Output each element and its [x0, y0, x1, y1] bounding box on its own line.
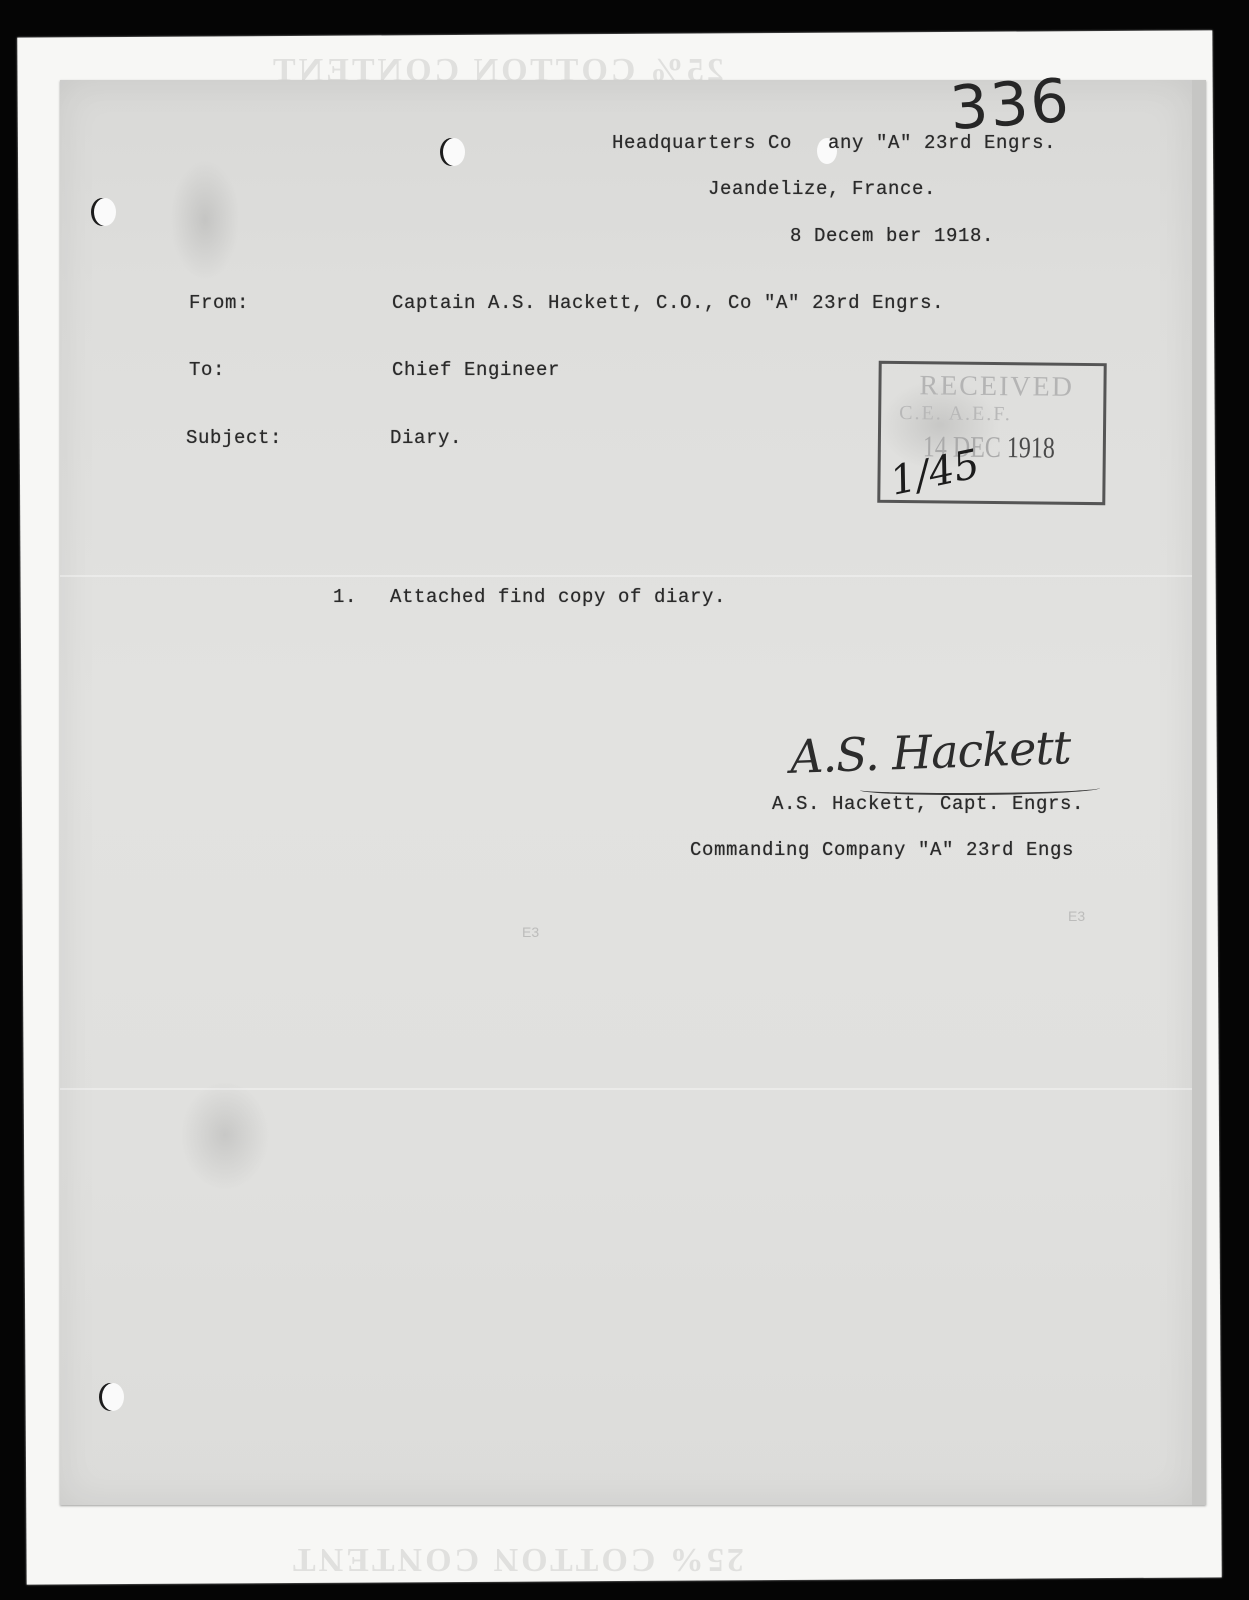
- header-location: Jeandelize, France.: [708, 178, 936, 200]
- punch-hole-icon: [102, 1383, 124, 1411]
- bleed-through-watermark-bottom: 25% COTTON CONTENT: [290, 1540, 744, 1578]
- body-item-text: Attached find copy of diary.: [390, 586, 726, 608]
- faint-mark: E3: [1068, 908, 1085, 924]
- paper-stain: [170, 160, 240, 280]
- body-item-number: 1.: [333, 586, 357, 608]
- to-value: Chief Engineer: [392, 359, 560, 381]
- paper-fold: [60, 575, 1192, 577]
- header-unit: Headquarters Co any "A" 23rd Engrs.: [612, 132, 1056, 154]
- handwritten-signature: A.S. Hackett: [789, 720, 1071, 784]
- from-label: From:: [189, 292, 249, 314]
- subject-label: Subject:: [186, 427, 282, 449]
- to-label: To:: [189, 359, 225, 381]
- paper-stain: [180, 1080, 270, 1190]
- from-value: Captain A.S. Hackett, C.O., Co "A" 23rd …: [392, 292, 944, 314]
- paper-fold: [60, 1088, 1192, 1090]
- signature-title-line: Commanding Company "A" 23rd Engs: [690, 839, 1074, 861]
- signature-name-line: A.S. Hackett, Capt. Engrs.: [772, 793, 1084, 815]
- stamp-office-text: C.E. A.E.F.: [899, 402, 1012, 426]
- faint-mark: E3: [522, 924, 539, 940]
- header-date: 8 Decem ber 1918.: [790, 225, 994, 247]
- stamp-received-text: RECEIVED: [919, 370, 1074, 404]
- subject-value: Diary.: [390, 427, 462, 449]
- punch-hole-icon: [94, 198, 116, 226]
- punch-hole-icon: [443, 138, 465, 166]
- stamp-year: 1918: [1007, 431, 1055, 465]
